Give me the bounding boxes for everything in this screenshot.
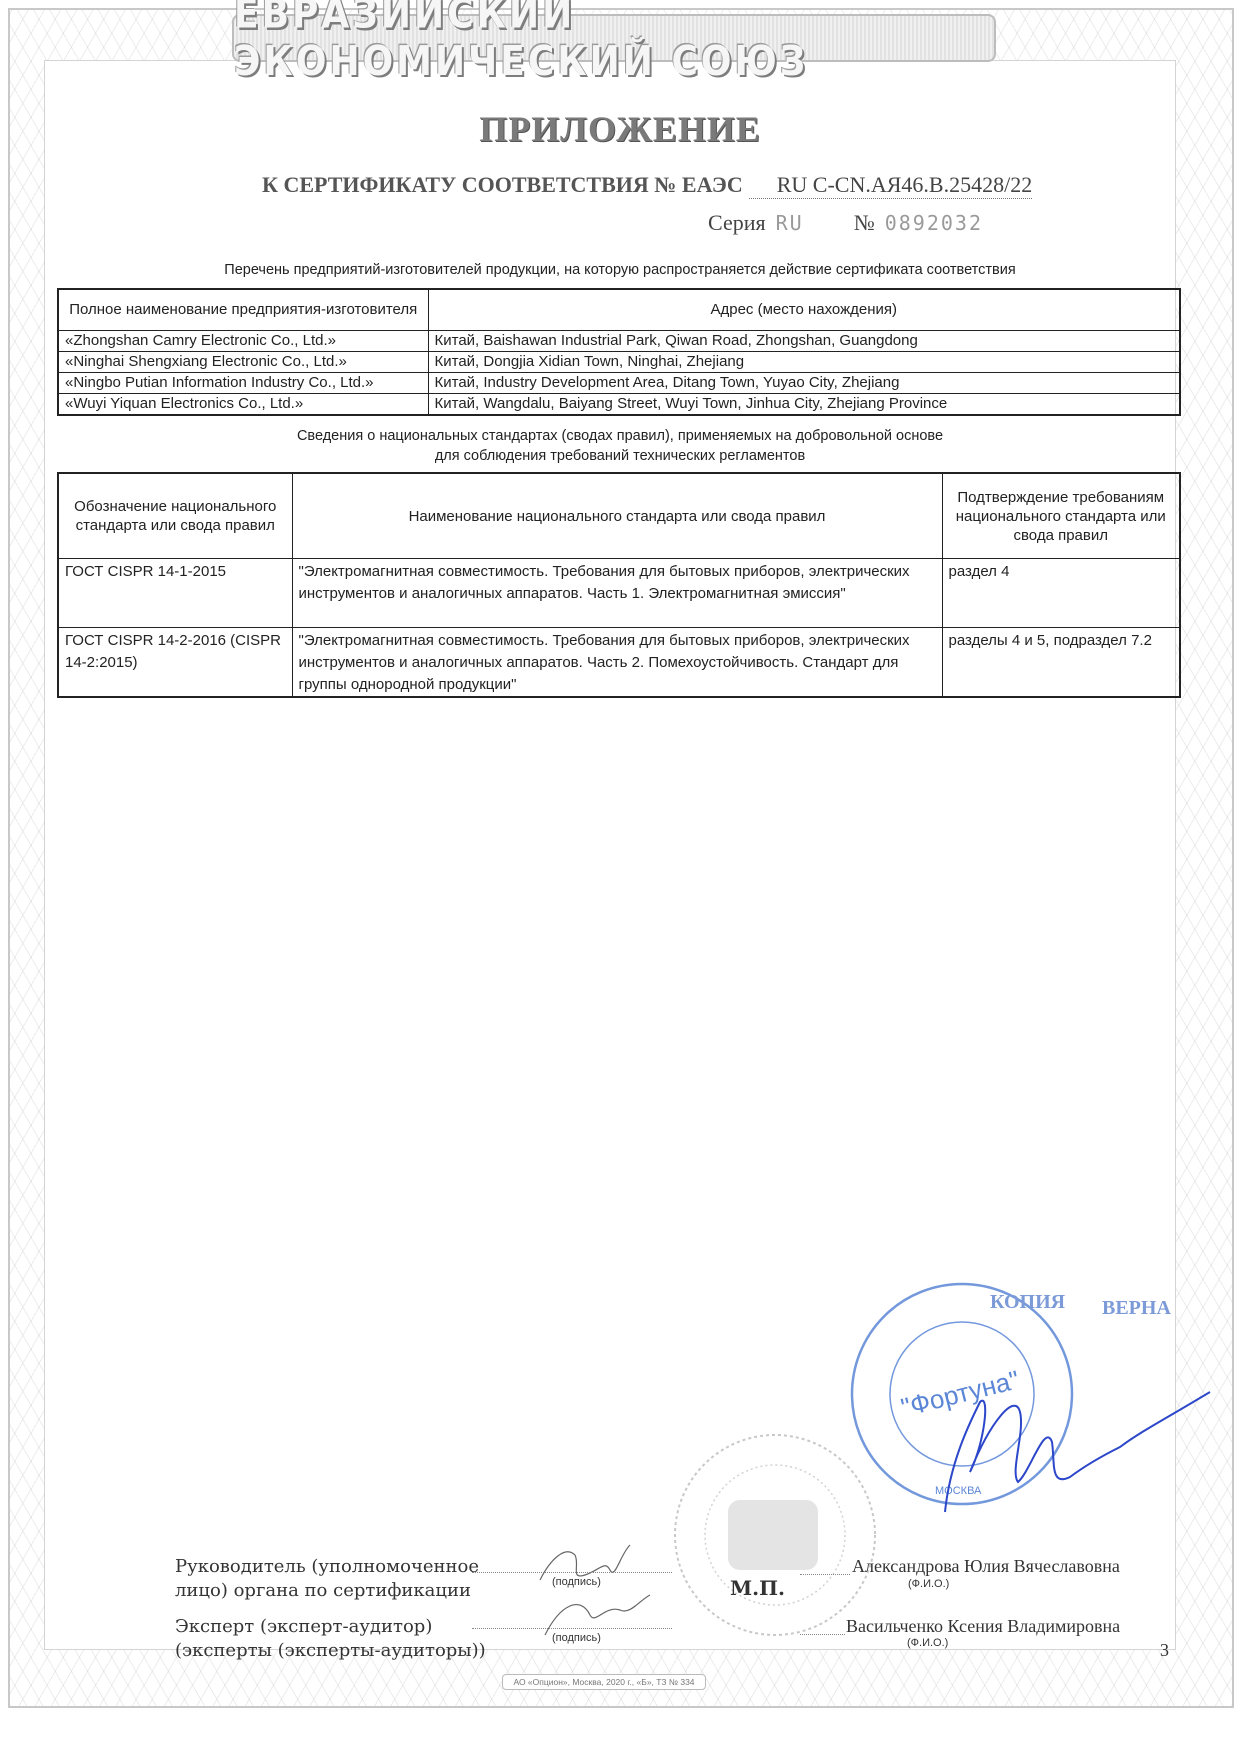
manufacturer-name: «Ningbo Putian Information Industry Co.,… bbox=[58, 373, 428, 394]
expert-signature-caption: (подпись) bbox=[552, 1632, 601, 1644]
stamp-verified-text: ВЕРНА bbox=[1102, 1297, 1171, 1319]
document-title: ПРИЛОЖЕНИЕ bbox=[0, 108, 1240, 150]
table-row: «Ningbo Putian Information Industry Co.,… bbox=[58, 373, 1180, 394]
company-seal-stamp: "Фортуна" КОПИЯ ВЕРНА МОСКВА bbox=[840, 1272, 1220, 1522]
expert-name-line bbox=[800, 1634, 845, 1635]
certificate-label: К СЕРТИФИКАТУ СООТВЕТСТВИЯ № ЕАЭС bbox=[262, 172, 743, 198]
head-signature-line bbox=[472, 1572, 672, 1573]
column-header-manufacturer: Полное наименование предприятия-изготови… bbox=[58, 289, 428, 331]
manufacturers-caption: Перечень предприятий-изготовителей проду… bbox=[0, 262, 1240, 278]
head-name: Александрова Юлия Вячеславовна bbox=[852, 1556, 1120, 1577]
head-of-body-label: Руководитель (уполномоченное лицо) орган… bbox=[175, 1555, 479, 1603]
standards-table: Обозначение национального стандарта или … bbox=[57, 472, 1181, 698]
manufacturer-name: «Wuyi Yiquan Electronics Co., Ltd.» bbox=[58, 394, 428, 416]
table-row: ГОСТ CISPR 14-1-2015 "Электромагнитная с… bbox=[58, 559, 1180, 628]
standard-confirmation: раздел 4 bbox=[942, 559, 1180, 628]
expert-signature-line bbox=[472, 1628, 672, 1629]
column-header-address: Адрес (место нахождения) bbox=[428, 289, 1180, 331]
director-signature bbox=[945, 1392, 1210, 1512]
standards-caption-line2: для соблюдения требований технических ре… bbox=[0, 448, 1240, 464]
column-header-standard-name: Наименование национального стандарта или… bbox=[292, 473, 942, 559]
standard-name: "Электромагнитная совместимость. Требова… bbox=[292, 559, 942, 628]
manufacturers-table: Полное наименование предприятия-изготови… bbox=[57, 288, 1181, 416]
head-signature-caption: (подпись) bbox=[552, 1576, 601, 1588]
table-header-row: Обозначение национального стандарта или … bbox=[58, 473, 1180, 559]
form-number-value: 0892032 bbox=[885, 211, 983, 235]
seal-place-label: М.П. bbox=[730, 1576, 785, 1600]
form-series: Серия RU № 0892032 bbox=[708, 210, 983, 236]
standard-name: "Электромагнитная совместимость. Требова… bbox=[292, 628, 942, 698]
page-number: 3 bbox=[1160, 1640, 1169, 1661]
standards-caption-line1: Сведения о национальных стандартах (свод… bbox=[0, 428, 1240, 444]
certificate-reference: К СЕРТИФИКАТУ СООТВЕТСТВИЯ № ЕАЭС RU C-C… bbox=[262, 172, 1032, 199]
manufacturer-name: «Ninghai Shengxiang Electronic Co., Ltd.… bbox=[58, 352, 428, 373]
manufacturer-name: «Zhongshan Camry Electronic Co., Ltd.» bbox=[58, 331, 428, 352]
expert-name: Васильченко Ксения Владимировна bbox=[846, 1616, 1120, 1637]
table-header-row: Полное наименование предприятия-изготови… bbox=[58, 289, 1180, 331]
stamp-copy-text: КОПИЯ bbox=[990, 1291, 1066, 1313]
standard-designation: ГОСТ CISPR 14-1-2015 bbox=[58, 559, 292, 628]
table-row: «Wuyi Yiquan Electronics Co., Ltd.» Кита… bbox=[58, 394, 1180, 416]
manufacturer-address: Китай, Baishawan Industrial Park, Qiwan … bbox=[428, 331, 1180, 352]
standard-designation: ГОСТ CISPR 14-2-2016 (CISPR 14-2:2015) bbox=[58, 628, 292, 698]
series-value: RU bbox=[776, 211, 804, 235]
table-row: ГОСТ CISPR 14-2-2016 (CISPR 14-2:2015) "… bbox=[58, 628, 1180, 698]
union-banner: ЕВРАЗИЙСКИЙ ЭКОНОМИЧЕСКИЙ СОЮЗ bbox=[232, 14, 996, 62]
table-row: «Ninghai Shengxiang Electronic Co., Ltd.… bbox=[58, 352, 1180, 373]
head-name-line bbox=[800, 1574, 850, 1575]
printer-imprint: АО «Опцион», Москва, 2020 г., «Б», ТЗ № … bbox=[502, 1674, 706, 1690]
manufacturer-address: Китай, Dongjia Xidian Town, Ninghai, Zhe… bbox=[428, 352, 1180, 373]
manufacturer-address: Китай, Industry Development Area, Ditang… bbox=[428, 373, 1180, 394]
handwritten-signatures bbox=[530, 1525, 680, 1665]
expert-label: Эксперт (эксперт-аудитор) (эксперты (экс… bbox=[175, 1615, 486, 1663]
head-fio-caption: (Ф.И.О.) bbox=[908, 1578, 949, 1590]
expert-fio-caption: (Ф.И.О.) bbox=[907, 1637, 948, 1649]
manufacturer-address: Китай, Wangdalu, Baiyang Street, Wuyi To… bbox=[428, 394, 1180, 416]
table-row: «Zhongshan Camry Electronic Co., Ltd.» К… bbox=[58, 331, 1180, 352]
column-header-designation: Обозначение национального стандарта или … bbox=[58, 473, 292, 559]
certificate-number: RU C-CN.АЯ46.В.25428/22 bbox=[749, 172, 1032, 199]
stamp-city-text: МОСКВА bbox=[935, 1485, 982, 1497]
series-label: Серия bbox=[708, 210, 766, 236]
form-number-label: № bbox=[854, 210, 875, 236]
union-banner-text: ЕВРАЗИЙСКИЙ ЭКОНОМИЧЕСКИЙ СОЮЗ bbox=[234, 0, 994, 85]
standard-confirmation: разделы 4 и 5, подраздел 7.2 bbox=[942, 628, 1180, 698]
column-header-confirmation: Подтверждение требованиям национального … bbox=[942, 473, 1180, 559]
